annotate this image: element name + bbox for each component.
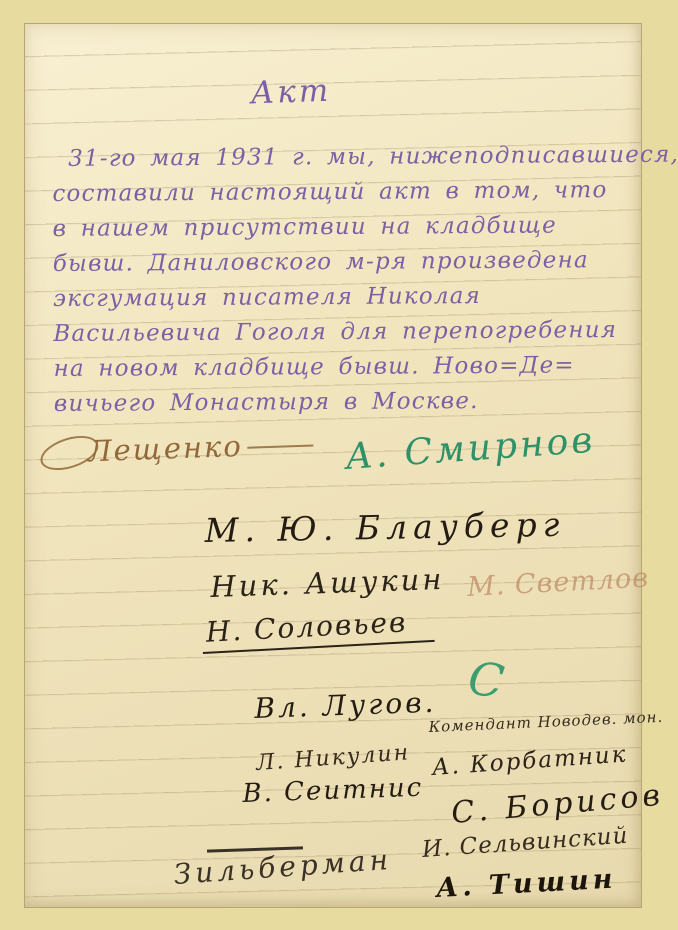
signature-small-script: Комендант Новодев. мон. [428, 708, 663, 736]
body-line: в нашем присутствии на кладбище [53, 208, 625, 247]
signature-smirnov: А. Смирнов [344, 420, 596, 478]
signature-lugovskoy: Вл. Лугов. [254, 686, 437, 725]
body-line: Васильевича Гоголя для перепогребения [53, 313, 625, 352]
document-body: 31-го мая 1931 г. мы, нижеподписавшиеся,… [52, 138, 626, 422]
document-page: Акт 31-го мая 1931 г. мы, нижеподписавши… [25, 24, 641, 907]
body-line: вичьего Монастыря в Москве. [54, 383, 626, 422]
body-line: бывш. Даниловского м-ря произведена [53, 243, 625, 282]
body-line: эксгумация писателя Николая [53, 278, 625, 317]
signature-nikulin: Л. Никулин [255, 740, 411, 776]
signature-green-flourish: С [465, 651, 507, 709]
signature-soloviev-underlined: Н. Соловьев [201, 604, 434, 654]
signature-bold-tishin: А. Тишин [435, 864, 617, 904]
signature-leshchenko: Лещенко [39, 426, 314, 470]
signature-ashukin: Ник. Ашукин [210, 562, 445, 604]
photo-border: Акт 31-го мая 1931 г. мы, нижеподписавши… [0, 0, 678, 930]
signature-korbatnik: А. Корбатник [431, 741, 628, 781]
signature-blauberg: М. Ю. Блауберг [204, 505, 565, 550]
body-line: 31-го мая 1931 г. мы, нижеподписавшиеся, [52, 138, 624, 177]
signature-seitnis: В. Сеитнис [242, 773, 424, 809]
document-title: Акт [0, 63, 599, 120]
body-line: на новом кладбище бывш. Ново=Де= [53, 348, 625, 387]
body-line: составили настоящий акт в том, что [52, 173, 624, 212]
signature-borisov: С. Борисов [450, 778, 665, 831]
signature-zilberman: Зильберман [173, 843, 393, 891]
signature-svetlov-faded: М. Светлов [466, 563, 649, 603]
photo-of-document: { "colors": { "mat_background": "#e8dba0… [0, 0, 678, 930]
